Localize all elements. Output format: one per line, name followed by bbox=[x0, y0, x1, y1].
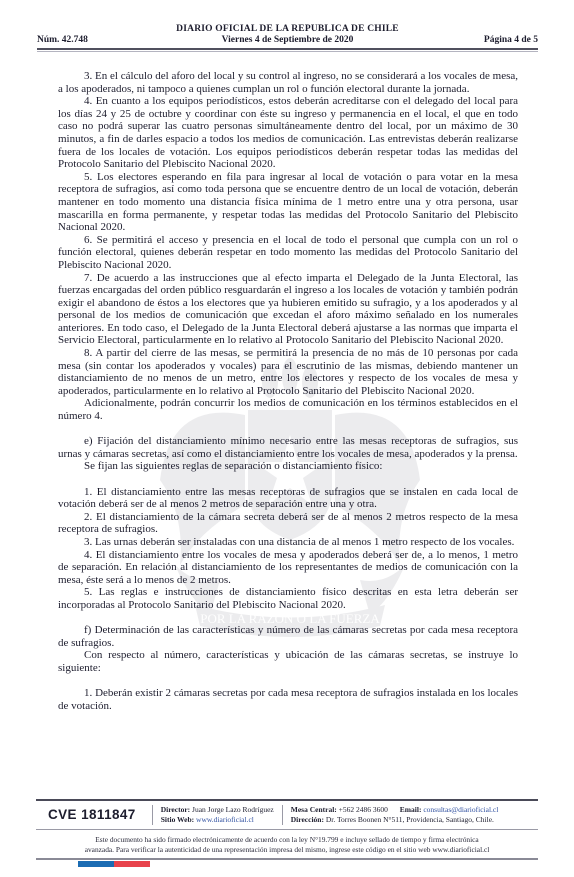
chile-flag-bar bbox=[78, 861, 150, 867]
header-double-rule bbox=[37, 48, 538, 52]
footer-separator bbox=[282, 805, 283, 825]
page-indicator: Página 4 de 5 bbox=[484, 35, 538, 45]
newspaper-title: DIARIO OFICIAL DE LA REPUBLICA DE CHILE bbox=[37, 24, 538, 34]
flag-blue-segment bbox=[78, 861, 114, 867]
director-name: Juan Jorge Lazo Rodríguez bbox=[192, 805, 274, 814]
issue-number: Núm. 42.748 bbox=[37, 35, 88, 45]
email-label: Email: bbox=[400, 805, 422, 814]
article-body: 3. En el cálculo del aforo del local y s… bbox=[58, 70, 518, 712]
paragraph: 7. De acuerdo a las instrucciones que al… bbox=[58, 272, 518, 348]
paragraph: 1. Deberán existir 2 cámaras secretas po… bbox=[58, 687, 518, 712]
footer-info-bar: CVE 1811847 Director: Juan Jorge Lazo Ro… bbox=[36, 801, 538, 830]
issue-date: Viernes 4 de Septiembre de 2020 bbox=[222, 35, 354, 45]
paragraph: 3. En el cálculo del aforo del local y s… bbox=[58, 70, 518, 95]
paragraph: Se fijan las siguientes reglas de separa… bbox=[58, 460, 518, 473]
site-label: Sitio Web: bbox=[161, 815, 194, 824]
paragraph: 2. El distanciamiento de la cámara secre… bbox=[58, 511, 518, 536]
page-header: DIARIO OFICIAL DE LA REPUBLICA DE CHILE … bbox=[37, 24, 538, 52]
email-link[interactable]: consultas@diarioficial.cl bbox=[423, 805, 498, 814]
site-link[interactable]: www.diarioficial.cl bbox=[196, 815, 254, 824]
legal-line-1: Este documento ha sido firmado electróni… bbox=[64, 835, 510, 845]
address-label: Dirección: bbox=[291, 815, 324, 824]
footer-separator bbox=[152, 805, 153, 825]
phone-number: +562 2486 3600 bbox=[339, 805, 388, 814]
phone-label: Mesa Central: bbox=[291, 805, 337, 814]
paragraph: Con respecto al número, características … bbox=[58, 649, 518, 674]
legal-notice: Este documento ha sido firmado electróni… bbox=[36, 835, 538, 854]
director-label: Director: bbox=[161, 805, 190, 814]
paragraph: 3. Las urnas deberán ser instaladas con … bbox=[58, 536, 518, 549]
paragraph: e) Fijación del distanciamiento mínimo n… bbox=[58, 435, 518, 460]
footer-bottom-rule bbox=[36, 858, 538, 860]
paragraph: 8. A partir del cierre de las mesas, se … bbox=[58, 347, 518, 397]
paragraph: 5. Las reglas e instrucciones de distanc… bbox=[58, 586, 518, 611]
footer-director-column: Director: Juan Jorge Lazo Rodríguez Siti… bbox=[161, 805, 274, 825]
document-page: POR LA RAZÓN O LA FUERZA DIARIO OFICIAL … bbox=[0, 0, 574, 877]
legal-line-2: avanzada. Para verificar la autenticidad… bbox=[64, 845, 510, 855]
address-text: Dr. Torres Boonen N°511, Providencia, Sa… bbox=[326, 815, 494, 824]
paragraph: f) Determinación de las características … bbox=[58, 624, 518, 649]
paragraph: 5. Los electores esperando en fila para … bbox=[58, 171, 518, 234]
header-meta-row: Núm. 42.748 Viernes 4 de Septiembre de 2… bbox=[37, 35, 538, 45]
paragraph: 1. El distanciamiento entre las mesas re… bbox=[58, 486, 518, 511]
footer-contact-column: Mesa Central: +562 2486 3600 Email: cons… bbox=[291, 805, 499, 825]
paragraph: 4. En cuanto a los equipos periodísticos… bbox=[58, 95, 518, 171]
page-footer: CVE 1811847 Director: Juan Jorge Lazo Ro… bbox=[36, 799, 538, 867]
paragraph: Adicionalmente, podrán concurrir los med… bbox=[58, 397, 518, 422]
cve-code: CVE 1811847 bbox=[48, 810, 144, 820]
flag-red-segment bbox=[114, 861, 150, 867]
paragraph: 4. El distanciamiento entre los vocales … bbox=[58, 549, 518, 587]
paragraph: 6. Se permitirá el acceso y presencia en… bbox=[58, 234, 518, 272]
